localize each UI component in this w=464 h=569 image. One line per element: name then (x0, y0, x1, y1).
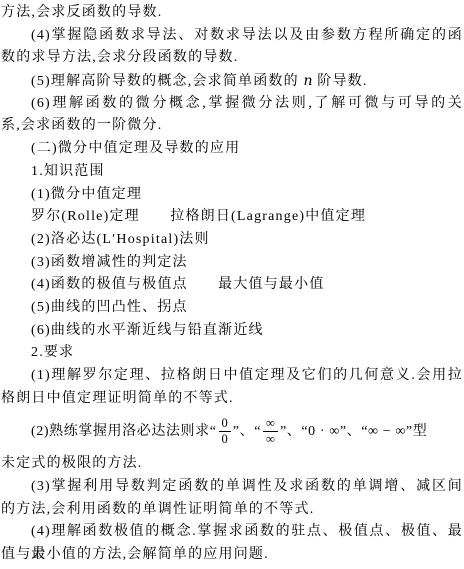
text-line: 数的求导方法,会求分段函数的导数. (1, 47, 463, 70)
fraction-denominator: 0 (219, 432, 231, 446)
text-segment: 阶导数. (313, 74, 368, 89)
text-line: (6)曲线的水平渐近线与铅直渐近线 (1, 320, 463, 343)
text-line: (2)洛必达(L′Hospital)法则 (1, 229, 463, 252)
text-segment: (5)理解高阶导数的概念,会求简单函数的 (31, 74, 304, 89)
fraction: ∞∞ (263, 417, 278, 446)
text-line: (4)理解函数极值的概念.掌握求函数的驻点、极值点、极值、最大 (1, 521, 463, 544)
text-segment: ”、“0 · ∞”、“∞ − ∞”型 (280, 421, 427, 444)
text-line: (6)理解函数的微分概念,掌握微分法则,了解可微与可导的关 (1, 93, 463, 116)
text-line: (1)微分中值定理 (1, 184, 463, 207)
fraction-denominator: ∞ (263, 432, 278, 446)
text-segment: (2)熟练掌握用洛必达法则求“ (31, 421, 217, 444)
text-line: (5)理解高阶导数的概念,会求简单函数的 n 阶导数. (1, 70, 463, 93)
fraction: 00 (219, 417, 231, 446)
text-line: 的方法,会利用函数的单调性证明简单的不等式. (1, 499, 463, 522)
text-line: (3)掌握利用导数判定函数的单调性及求函数的单调增、减区间 (1, 476, 463, 499)
text-line: (3)函数增减性的判定法 (1, 252, 463, 275)
text-line: 格朗日中值定理证明简单的不等式. (1, 388, 463, 411)
text-line: 系,会求函数的一阶微分. (1, 115, 463, 138)
text-line: (1)理解罗尔定理、拉格朗日中值定理及它们的几何意义.会用拉 (1, 365, 463, 388)
text-line: (4)掌握隐函数求导法、对数求导法以及由参数方程所确定的函 (1, 25, 463, 48)
document-page: 方法,会求反函数的导数.(4)掌握隐函数求导法、对数求导法以及由参数方程所确定的… (0, 0, 464, 569)
text-line: 2.要求 (1, 342, 463, 365)
text-line: 方法,会求反函数的导数. (1, 2, 463, 25)
text-line: 罗尔(Rolle)定理 拉格朗日(Lagrange)中值定理 (1, 206, 463, 229)
fraction-numerator: 0 (219, 417, 231, 432)
text-segment: ”、“ (233, 421, 261, 444)
formula-line: (2)熟练掌握用洛必达法则求“00”、“∞∞”、“0 · ∞”、“∞ − ∞”型 (1, 410, 463, 453)
text-line: (5)曲线的凹凸性、拐点 (1, 297, 463, 320)
text-line: (4)函数的极值与极值点 最大值与最小值 (1, 274, 463, 297)
math-variable: n (304, 73, 313, 89)
text-line: 值与最小值的方法,会解简单的应用问题. (1, 544, 463, 567)
text-line: (二)微分中值定理及导数的应用 (1, 138, 463, 161)
text-line: 1.知识范围 (1, 161, 463, 184)
fraction-numerator: ∞ (263, 417, 278, 432)
text-line: 未定式的极限的方法. (1, 453, 463, 476)
